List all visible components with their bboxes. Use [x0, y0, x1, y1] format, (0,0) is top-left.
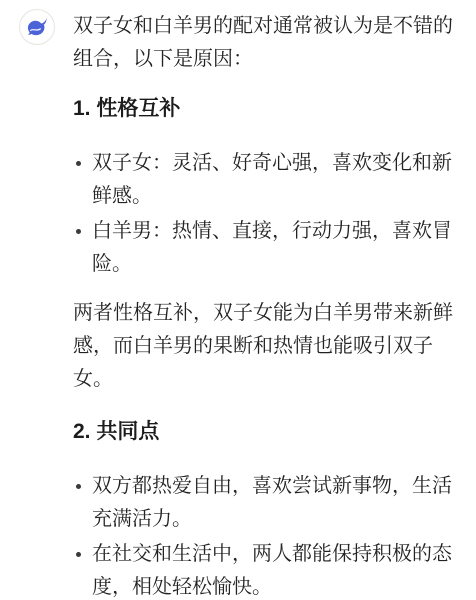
bullet-dot — [76, 552, 81, 557]
bullet-dot — [76, 161, 81, 166]
assistant-avatar — [19, 9, 55, 45]
list-item: 在社交和生活中，两人都能保持积极的态度，相处轻松愉快。 — [73, 538, 463, 600]
intro-paragraph: 双子女和白羊男的配对通常被认为是不错的组合，以下是原因： — [73, 10, 463, 76]
section-heading-2: 2. 共同点 — [73, 418, 463, 446]
section-2-bullet-list: 双方都热爱自由，喜欢尝试新事物，生活充满活力。 在社交和生活中，两人都能保持积极… — [73, 470, 463, 600]
list-item-text: 双方都热爱自由，喜欢尝试新事物，生活充满活力。 — [92, 475, 452, 530]
assistant-message-body: 双子女和白羊男的配对通常被认为是不错的组合，以下是原因： 1. 性格互补 双子女… — [73, 10, 463, 600]
bullet-dot — [76, 484, 81, 489]
chat-message-view: 双子女和白羊男的配对通常被认为是不错的组合，以下是原因： 1. 性格互补 双子女… — [0, 0, 476, 600]
list-item: 双方都热爱自由，喜欢尝试新事物，生活充满活力。 — [73, 470, 463, 536]
bullet-dot — [76, 229, 81, 234]
section-heading-1: 1. 性格互补 — [73, 95, 463, 123]
section-1-bullet-list: 双子女：灵活、好奇心强，喜欢变化和新鲜感。 白羊男：热情、直接，行动力强，喜欢冒… — [73, 147, 463, 281]
list-item-text: 双子女：灵活、好奇心强，喜欢变化和新鲜感。 — [92, 152, 452, 207]
list-item: 白羊男：热情、直接，行动力强，喜欢冒险。 — [73, 215, 463, 281]
list-item: 双子女：灵活、好奇心强，喜欢变化和新鲜感。 — [73, 147, 463, 213]
list-item-text: 在社交和生活中，两人都能保持积极的态度，相处轻松愉快。 — [92, 543, 452, 598]
deepseek-whale-icon — [25, 15, 49, 39]
section-1-summary-paragraph: 两者性格互补，双子女能为白羊男带来新鲜感，而白羊男的果断和热情也能吸引双子女。 — [73, 297, 463, 396]
list-item-text: 白羊男：热情、直接，行动力强，喜欢冒险。 — [92, 220, 452, 275]
